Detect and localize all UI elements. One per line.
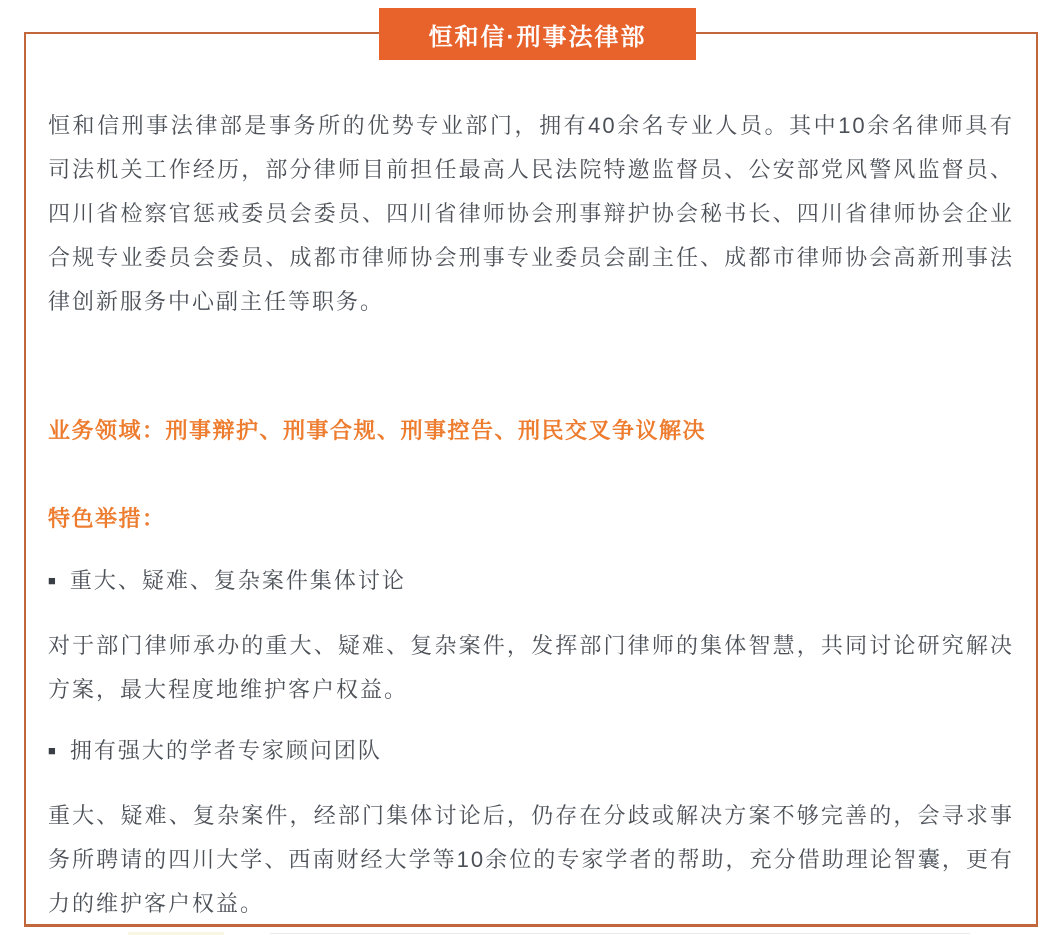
feature-description: 对于部门律师承办的重大、疑难、复杂案件，发挥部门律师的集体智慧，共同讨论研究解决… (48, 624, 1014, 712)
next-section-peek-line (270, 933, 970, 934)
features-heading: 特色举措： (48, 504, 1014, 534)
feature-item-title: ■ 拥有强大的学者专家顾问团队 (48, 736, 1014, 766)
department-panel: 恒和信刑事法律部是事务所的优势专业部门，拥有40余名专业人员。其中10余名律师具… (24, 32, 1038, 927)
intro-paragraph: 恒和信刑事法律部是事务所的优势专业部门，拥有40余名专业人员。其中10余名律师具… (48, 104, 1014, 324)
feature-item-title: ■ 重大、疑难、复杂案件集体讨论 (48, 566, 1014, 596)
practice-areas-heading: 业务领域：刑事辩护、刑事合规、刑事控告、刑民交叉争议解决 (48, 416, 1014, 446)
feature-title-text: 重大、疑难、复杂案件集体讨论 (70, 566, 406, 596)
square-bullet-icon: ■ (48, 566, 58, 596)
next-section-peek (0, 931, 1051, 935)
department-title: 恒和信·刑事法律部 (429, 17, 647, 52)
department-title-badge: 恒和信·刑事法律部 (379, 8, 696, 60)
department-profile-page: 恒和信·刑事法律部 恒和信刑事法律部是事务所的优势专业部门，拥有40余名专业人员… (0, 0, 1051, 935)
panel-body: 恒和信刑事法律部是事务所的优势专业部门，拥有40余名专业人员。其中10余名律师具… (26, 34, 1036, 926)
feature-title-text: 拥有强大的学者专家顾问团队 (70, 736, 382, 766)
square-bullet-icon: ■ (48, 736, 58, 766)
feature-description: 重大、疑难、复杂案件，经部门集体讨论后，仍存在分歧或解决方案不够完善的，会寻求事… (48, 794, 1014, 926)
